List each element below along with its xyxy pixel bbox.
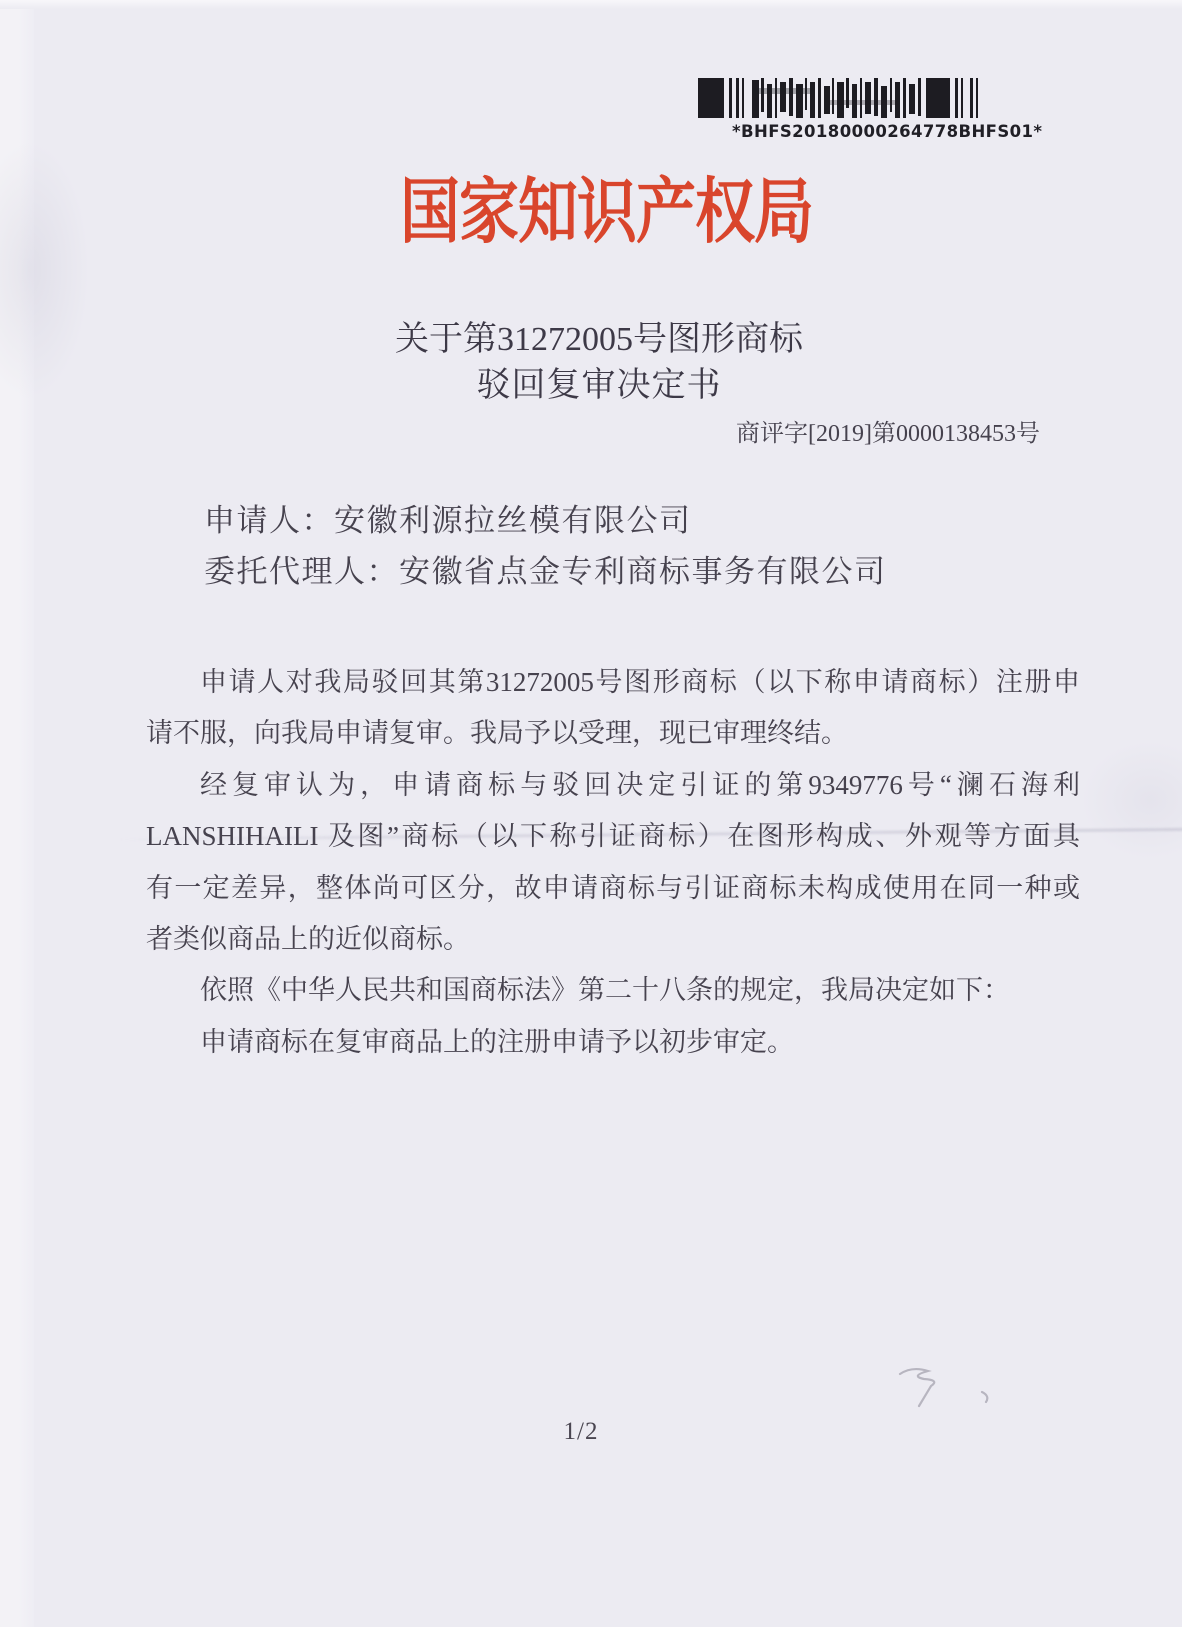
scan-smudge [1080,740,1182,860]
scanned-document-page: *BHFS20180000264778BHFS01* 国家知识产权局 关于第31… [0,0,1182,1627]
body-line: 者类似商品上的近似商标。 [146,914,1080,965]
body-line: 申请商标在复审商品上的注册申请予以初步审定。 [146,1017,1080,1068]
document-title-line2: 驳回复审决定书 [0,364,1182,408]
page-number: 1/2 [0,1418,1162,1446]
body-line: 经复审认为，申请商标与驳回决定引证的第9349776号“澜石海利 [146,760,1080,811]
agency-title: 国家知识产权局 [400,176,830,249]
document-title-line1: 关于第31272005号图形商标 [0,318,1182,362]
reference-number: 商评字[2019]第0000138453号 [736,417,1040,451]
body-line: LANSHIHAILI 及图”商标（以下称引证商标）在图形构成、外观等方面具 [146,811,1080,862]
pen-scribble [878,1358,1008,1418]
agent-line: 委托代理人：安徽省点金专利商标事务有限公司 [204,551,887,593]
barcode-text: *BHFS20180000264778BHFS01* [732,122,1022,141]
body-line: 申请人对我局驳回其第31272005号图形商标（以下称申请商标）注册申 [146,657,1080,708]
scan-edge-top [0,0,1182,9]
decision-body: 申请人对我局驳回其第31272005号图形商标（以下称申请商标）注册申 请不服，… [146,657,1080,1068]
body-line: 依照《中华人民共和国商标法》第二十八条的规定，我局决定如下： [146,965,1080,1016]
barcode-icon [698,78,998,122]
body-line: 有一定差异，整体尚可区分，故申请商标与引证商标未构成使用在同一种或 [146,863,1080,914]
body-line: 请不服，向我局申请复审。我局予以受理，现已审理终结。 [146,708,1080,759]
applicant-line: 申请人：安徽利源拉丝模有限公司 [204,500,692,542]
